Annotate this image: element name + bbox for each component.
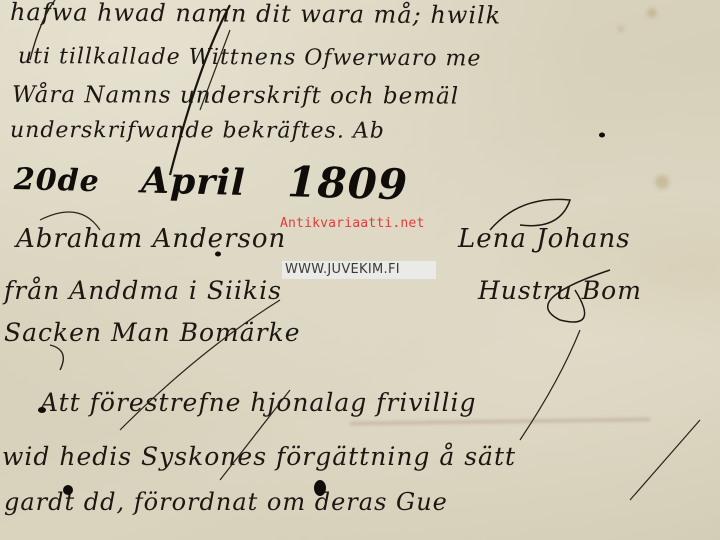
date-day: 20de <box>13 162 100 199</box>
date-line: 20de April 1809 <box>13 150 408 209</box>
manuscript-line-11: gardt dd, förordnat om deras Gue <box>4 488 448 516</box>
date-month: April <box>141 159 246 204</box>
signature-lena-johans: Lena Johans <box>458 224 631 254</box>
paper-fold-mark <box>350 418 650 425</box>
manuscript-line-4: underskrifwande bekräftes. Ab <box>10 118 385 144</box>
manuscript-line-3: Wåra Namns underskrift och bemäl <box>12 82 459 110</box>
paper-stain <box>655 175 669 189</box>
paper-stain <box>618 26 624 32</box>
signatory-2-note: Hustru Bom <box>478 276 642 305</box>
manuscript-page: hafwa hwad namn dit wara må; hwilk uti t… <box>0 0 720 540</box>
manuscript-line-9: Att förestrefne hjonalag frivillig <box>40 388 477 417</box>
manuscript-line-10: wid hedis Syskones förgättning å sätt <box>2 442 516 471</box>
manuscript-line-1: hafwa hwad namn dit wara må; hwilk <box>10 0 501 29</box>
watermark-antikvariaatti: Antikvariaatti.net <box>280 216 424 231</box>
manuscript-line-2: uti tillkallade Wittnens Ofwerwaro me <box>18 44 482 71</box>
mark-line: Sacken Man Bomärke <box>4 318 301 347</box>
watermark-juvekim: WWW.JUVEKIM.FI <box>285 261 400 279</box>
date-year: 1809 <box>287 157 409 209</box>
paper-stain <box>647 8 657 18</box>
signatory-origin: från Anddma i Siikis <box>4 276 282 305</box>
signature-abraham-anderson: Abraham Anderson <box>16 224 286 254</box>
